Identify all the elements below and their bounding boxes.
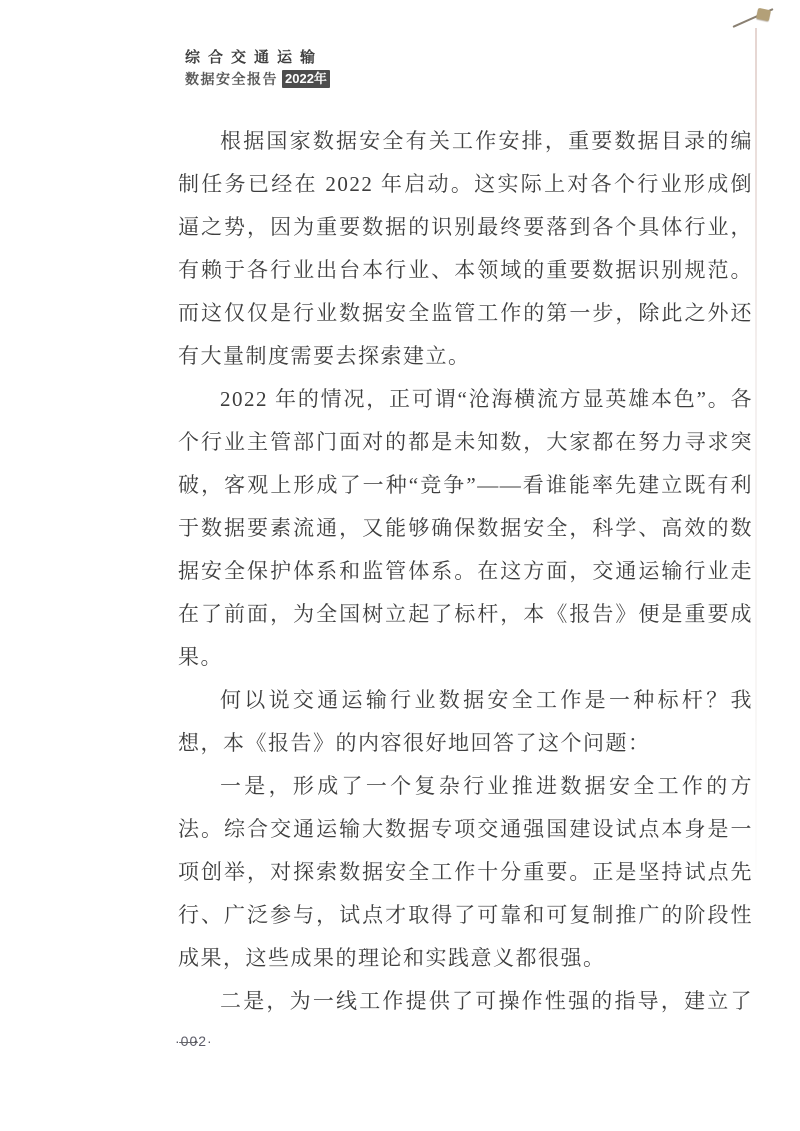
- scan-artifact-corner-blob: [756, 8, 771, 21]
- scan-artifact-edge-streak: [755, 28, 757, 873]
- page-number: ·002·: [175, 1033, 213, 1049]
- paragraph: 根据国家数据安全有关工作安排，重要数据目录的编制任务已经在 2022 年启动。这…: [178, 120, 753, 378]
- report-year-badge: 2022年: [282, 70, 330, 88]
- scanned-document-page: 综合交通运输 数据安全报告 2022年 根据国家数据安全有关工作安排，重要数据目…: [0, 0, 800, 1131]
- report-logo-subtitle: 数据安全报告: [185, 70, 278, 88]
- paragraph: 2022 年的情况，正可谓“沧海横流方显英雄本色”。各个行业主管部门面对的都是未…: [178, 378, 753, 679]
- paragraph: 何以说交通运输行业数据安全工作是一种标杆？我想，本《报告》的内容很好地回答了这个…: [178, 679, 753, 765]
- report-logo-title: 综合交通运输: [185, 48, 330, 68]
- paragraph: 一是，形成了一个复杂行业推进数据安全工作的方法。综合交通运输大数据专项交通强国建…: [178, 765, 753, 980]
- report-logo: 综合交通运输 数据安全报告 2022年: [185, 48, 330, 88]
- report-logo-subtitle-row: 数据安全报告 2022年: [185, 70, 330, 88]
- page-body-text: 根据国家数据安全有关工作安排，重要数据目录的编制任务已经在 2022 年启动。这…: [178, 120, 753, 1066]
- paragraph: 二是，为一线工作提供了可操作性强的指导，建立了一: [178, 980, 753, 1066]
